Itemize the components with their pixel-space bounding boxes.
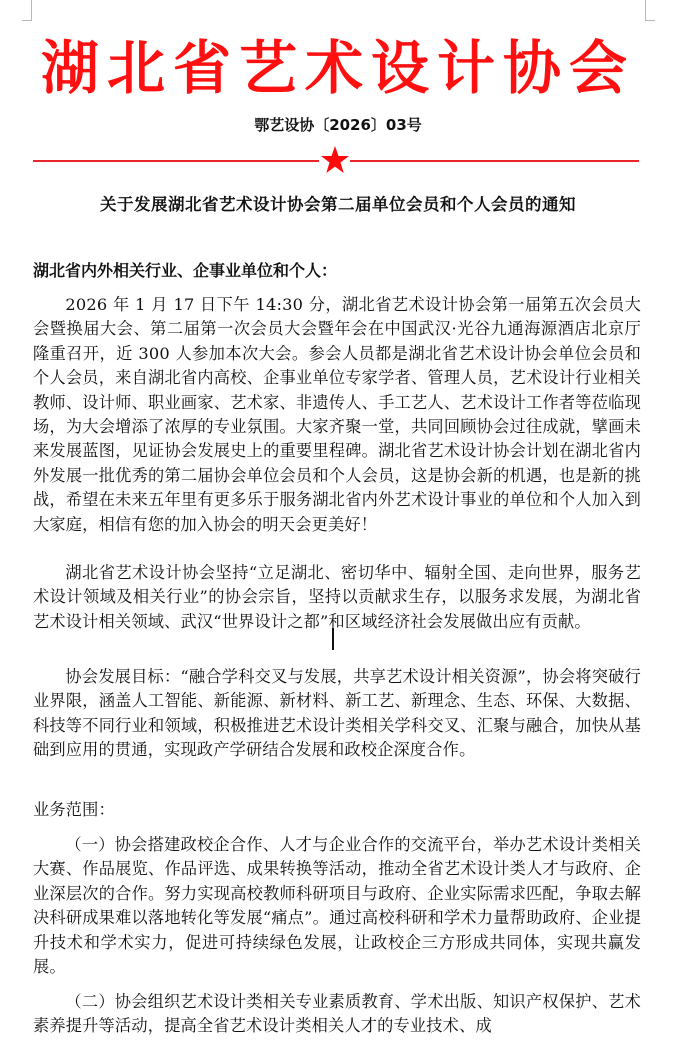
- text-cursor: [332, 628, 334, 650]
- page-corner-mark-right: [645, 0, 655, 21]
- star-icon: [320, 145, 350, 175]
- page-corner-mark-left: [22, 0, 32, 21]
- paragraph-meeting[interactable]: 2026 年 1 月 17 日下午 14:30 分，湖北省艺术设计协会第一届第五…: [33, 293, 641, 537]
- notice-title: 关于发展湖北省艺术设计协会第二届单位会员和个人会员的通知: [0, 191, 676, 215]
- salutation: 湖北省内外相关行业、企事业单位和个人：: [33, 258, 337, 281]
- document-number: 鄂艺设协〔2026〕03号: [0, 114, 676, 135]
- paragraph-mission[interactable]: 湖北省艺术设计协会坚持“立足湖北、密切华中、辐射全国、走向世界，服务艺术设计领域…: [33, 561, 641, 634]
- paragraph-goals[interactable]: 协会发展目标：“融合学科交叉与发展，共享艺术设计相关资源”，协会将突破行业界限，…: [33, 665, 641, 763]
- red-divider-right: [350, 160, 639, 162]
- scope-heading: 业务范围：: [33, 798, 641, 822]
- scope-item-2[interactable]: （二）协会组织艺术设计类相关专业素质教育、学术出版、知识产权保护、艺术素养提升等…: [33, 990, 641, 1039]
- organization-title: 湖北省艺术设计协会: [0, 28, 676, 108]
- scope-item-1[interactable]: （一）协会搭建政校企合作、人才与企业合作的交流平台，举办艺术设计类相关大赛、作品…: [33, 833, 641, 979]
- red-divider-left: [33, 160, 319, 162]
